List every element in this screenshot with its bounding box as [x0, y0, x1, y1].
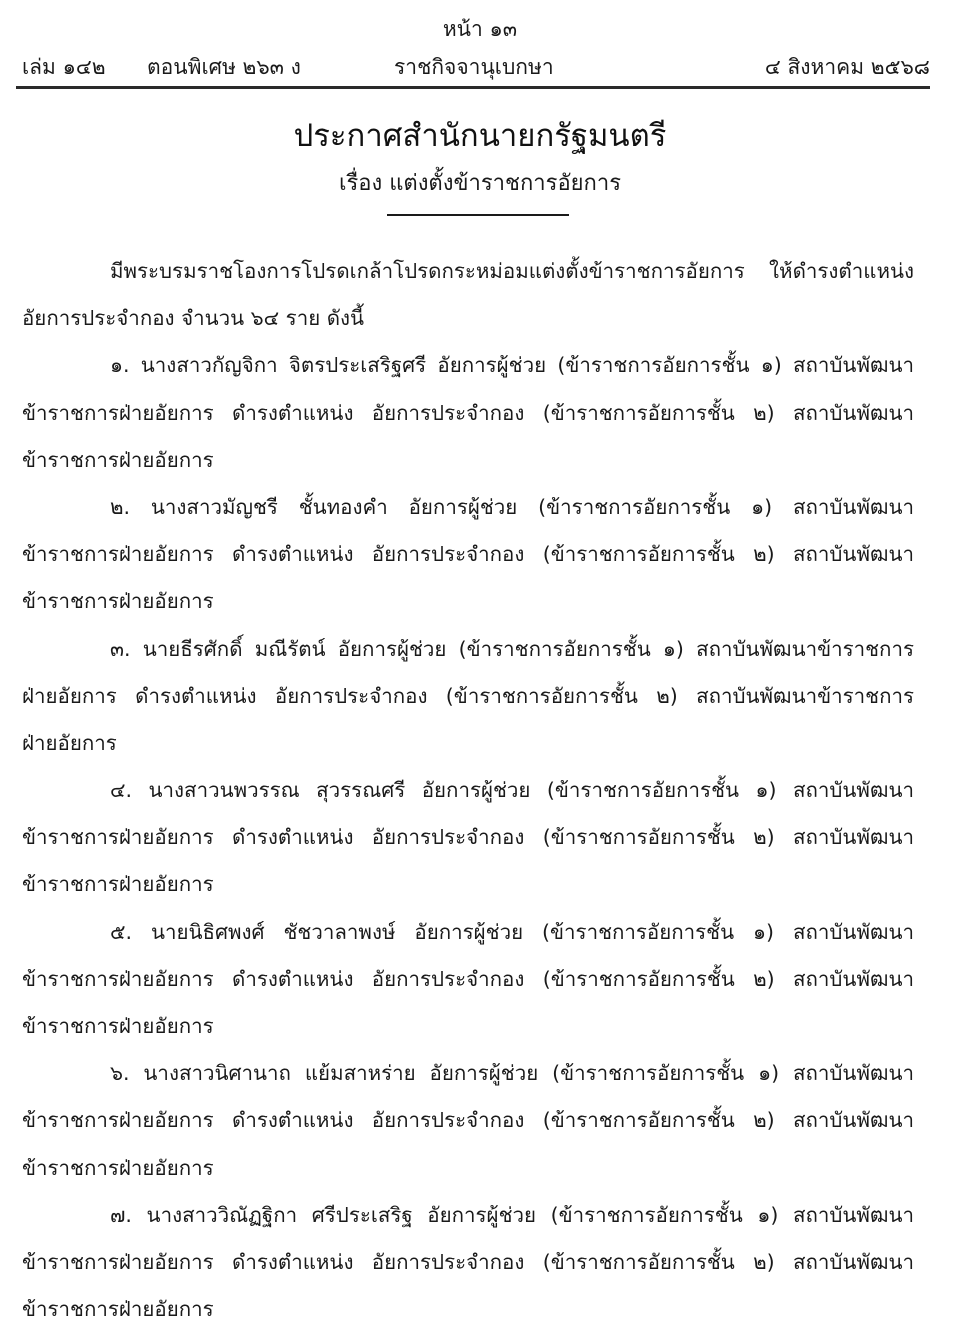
gazette-header: เล่ม ๑๔๒ ตอนพิเศษ ๒๖๓ ง ราชกิจจานุเบกษา …	[22, 50, 930, 84]
text-line: มีพระบรมราชโองการโปรดเกล้าโปรดกระหม่อมแต…	[22, 248, 914, 295]
appointment-item-1: ๑. นางสาวกัญจิกา จิตรประเสริฐศรี อัยการผ…	[22, 342, 914, 484]
issue-number: ตอนพิเศษ ๒๖๓ ง	[147, 50, 301, 84]
text-line: ข้าราชการฝ่ายอัยการ ดำรงตำแหน่ง อัยการปร…	[22, 814, 914, 861]
text-line: ๗. นางสาววิณัฏฐิกา ศรีประเสริฐ อัยการผู้…	[22, 1192, 914, 1239]
document-subject: เรื่อง แต่งตั้งข้าราชการอัยการ	[0, 166, 960, 202]
appointment-item-2: ๒. นางสาวมัญชรี ชั้นทองคำ อัยการผู้ช่วย …	[22, 484, 914, 626]
publication-date: ๔ สิงหาคม ๒๕๖๘	[765, 50, 930, 84]
text-line: ข้าราชการฝ่ายอัยการ	[22, 861, 914, 908]
text-line: ข้าราชการฝ่ายอัยการ	[22, 578, 914, 625]
text-line: ข้าราชการฝ่ายอัยการ ดำรงตำแหน่ง อัยการปร…	[22, 531, 914, 578]
text-line: ข้าราชการฝ่ายอัยการ ดำรงตำแหน่ง อัยการปร…	[22, 1239, 914, 1286]
text-line: ฝ่ายอัยการ	[22, 720, 914, 767]
text-line: ฝ่ายอัยการ ดำรงตำแหน่ง อัยการประจำกอง (ข…	[22, 673, 914, 720]
text-line: ๖. นางสาวนิศานาถ แย้มสาหร่าย อัยการผู้ช่…	[22, 1050, 914, 1097]
text-line: ข้าราชการฝ่ายอัยการ	[22, 1286, 914, 1333]
text-line: ๕. นายนิธิศพงศ์ ชัชวาลาพงษ์ อัยการผู้ช่ว…	[22, 909, 914, 956]
text-line: ๑. นางสาวกัญจิกา จิตรประเสริฐศรี อัยการผ…	[22, 342, 914, 389]
gazette-name: ราชกิจจานุเบกษา	[394, 50, 554, 84]
document-body: มีพระบรมราชโองการโปรดเกล้าโปรดกระหม่อมแต…	[22, 248, 914, 1333]
text-line: ๔. นางสาวนพวรรณ สุวรรณศรี อัยการผู้ช่วย …	[22, 767, 914, 814]
text-line: อัยการประจำกอง จำนวน ๖๔ ราย ดังนี้	[22, 295, 914, 342]
document-title: ประกาศสำนักนายกรัฐมนตรี	[0, 114, 960, 158]
appointment-item-6: ๖. นางสาวนิศานาถ แย้มสาหร่าย อัยการผู้ช่…	[22, 1050, 914, 1192]
text-line: ข้าราชการฝ่ายอัยการ ดำรงตำแหน่ง อัยการปร…	[22, 956, 914, 1003]
header-divider	[16, 86, 930, 89]
text-line: ๒. นางสาวมัญชรี ชั้นทองคำ อัยการผู้ช่วย …	[22, 484, 914, 531]
text-line: ข้าราชการฝ่ายอัยการ	[22, 1003, 914, 1050]
text-line: ข้าราชการฝ่ายอัยการ ดำรงตำแหน่ง อัยการปร…	[22, 390, 914, 437]
intro-paragraph: มีพระบรมราชโองการโปรดเกล้าโปรดกระหม่อมแต…	[22, 248, 914, 342]
text-line: ข้าราชการฝ่ายอัยการ	[22, 437, 914, 484]
appointment-item-3: ๓. นายธีรศักดิ์ มณีรัตน์ อัยการผู้ช่วย (…	[22, 626, 914, 768]
text-line: ข้าราชการฝ่ายอัยการ ดำรงตำแหน่ง อัยการปร…	[22, 1097, 914, 1144]
title-divider	[387, 214, 569, 216]
volume-number: เล่ม ๑๔๒	[22, 50, 106, 84]
page-number: หน้า ๑๓	[0, 14, 960, 44]
appointment-item-4: ๔. นางสาวนพวรรณ สุวรรณศรี อัยการผู้ช่วย …	[22, 767, 914, 909]
text-line: ๓. นายธีรศักดิ์ มณีรัตน์ อัยการผู้ช่วย (…	[22, 626, 914, 673]
appointment-item-7: ๗. นางสาววิณัฏฐิกา ศรีประเสริฐ อัยการผู้…	[22, 1192, 914, 1334]
appointment-item-5: ๕. นายนิธิศพงศ์ ชัชวาลาพงษ์ อัยการผู้ช่ว…	[22, 909, 914, 1051]
text-line: ข้าราชการฝ่ายอัยการ	[22, 1145, 914, 1192]
